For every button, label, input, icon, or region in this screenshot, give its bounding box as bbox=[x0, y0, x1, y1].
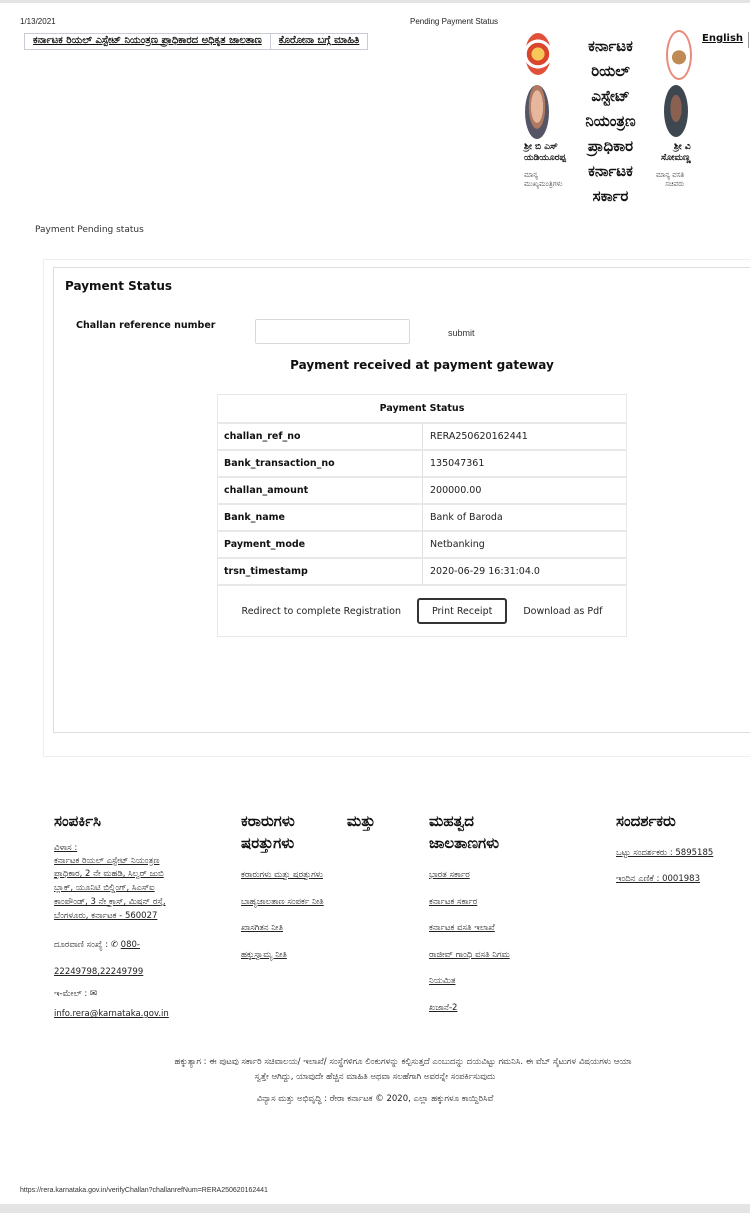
phone-link[interactable]: 080- bbox=[121, 940, 140, 950]
copyright-policy-link[interactable]: ಹಕ್ಕುಸ್ವಾಮ್ಯ ನೀತಿ bbox=[241, 950, 287, 960]
address-line[interactable]: ಪ್ರಾಧಿಕಾರ, 2 ನೇ ಮಹಡಿ, ಸಿಲ್ವರ್ ಜುಬಿ bbox=[54, 869, 164, 879]
left-person-role: ಮಾನ್ಯ ಮುಖ್ಯಮಂತ್ರಿಗಳು bbox=[524, 171, 563, 189]
address-line[interactable]: ಕರ್ನಾಟಕ ರಿಯಲ್ ಎಸ್ಟೇಟ್ ನಿಯಂತ್ರಣ bbox=[54, 856, 159, 866]
redirect-registration-button[interactable]: Redirect to complete Registration bbox=[234, 606, 409, 617]
table-title: Payment Status bbox=[218, 395, 626, 424]
terms-heading-line2: ಷರತ್ತುಗಳು bbox=[241, 832, 294, 854]
download-pdf-button[interactable]: Download as Pdf bbox=[515, 606, 610, 617]
contact-heading: ಸಂಪರ್ಕಿಸಿ bbox=[54, 810, 101, 832]
print-bottom-edge bbox=[0, 1204, 750, 1213]
karnataka-emblem-icon bbox=[525, 33, 551, 75]
table-row: Payment_mode Netbanking bbox=[218, 532, 626, 559]
important-site-link[interactable]: ರಾಜೀವ್ ಗಾಂಧಿ ವಸತಿ ನಿಗಮ bbox=[429, 950, 510, 960]
row-value: 135047361 bbox=[423, 451, 484, 476]
row-value: RERA250620162441 bbox=[423, 424, 528, 449]
privacy-policy-link[interactable]: ಖಾಸಗಿತನ ನೀತಿ bbox=[241, 923, 283, 933]
disclaimer-line2: ಸ್ವತ್ತೇ ಆಗಿದ್ದು, ಯಾವುದೇ ಹೆಚ್ಚಿನ ಮಾಹಿತಿ ಅ… bbox=[0, 1072, 750, 1082]
envelope-icon: ✉ bbox=[90, 989, 97, 999]
email-row: ಇ-ಮೇಲ್ : ✉ bbox=[54, 989, 97, 999]
disclaimer-line1: ಹಕ್ಕುತ್ಯಾಗ : ಈ ಪುಟವು ಸರ್ಕಾರಿ ಸಚಿವಾಲಯ/ ಇಲ… bbox=[28, 1057, 750, 1067]
table-row: Bank_transaction_no 135047361 bbox=[218, 451, 626, 478]
breadcrumb: Payment Pending status bbox=[35, 225, 144, 235]
today-visitors[interactable]: ಇಂದಿನ ಎಣಿಕೆ : 0001983 bbox=[616, 874, 700, 884]
visitors-heading: ಸಂದರ್ಶಕರು bbox=[616, 810, 676, 832]
email-link[interactable]: info.rera@karnataka.gov.in bbox=[54, 1009, 169, 1019]
print-page-title: Pending Payment Status bbox=[410, 17, 498, 26]
important-sites-heading-line2: ಜಾಲತಾಣಗಳು bbox=[429, 832, 499, 854]
chief-minister-photo bbox=[525, 85, 549, 139]
important-site-link[interactable]: ನಿಯಮಿತ bbox=[429, 976, 455, 986]
menu-official-site[interactable]: ಕರ್ನಾಟಕ ರಿಯಲ್ ಎಸ್ಟೇಟ್ ನಿಯಂತ್ರಣ ಪ್ರಾಧಿಕಾರ… bbox=[25, 34, 270, 49]
left-person-name: ಶ್ರೀ ಬಿ ಎಸ್ ಯಡಿಯೂರಪ್ಪ bbox=[524, 142, 566, 164]
table-row: trsn_timestamp 2020-06-29 16:31:04.0 bbox=[218, 559, 626, 586]
challan-reference-input[interactable] bbox=[255, 319, 410, 344]
row-key: Bank_transaction_no bbox=[218, 451, 423, 476]
row-value: 200000.00 bbox=[423, 478, 481, 503]
status-message: Payment received at payment gateway bbox=[217, 358, 627, 372]
phone-numbers-link[interactable]: 22249798,22249799 bbox=[54, 967, 143, 977]
row-key: Payment_mode bbox=[218, 532, 423, 557]
menu-corona-info[interactable]: ಕೊರೋನಾ ಬಗ್ಗೆ ಮಾಹಿತಿ bbox=[270, 34, 368, 49]
table-row: challan_amount 200000.00 bbox=[218, 478, 626, 505]
important-site-link[interactable]: ಕರ್ನಾಟಕ ಸರ್ಕಾರ bbox=[429, 897, 477, 907]
total-visitors[interactable]: ಒಟ್ಟು ಸಂದರ್ಶಕರು : 5895185 bbox=[616, 848, 713, 858]
important-site-link[interactable]: ಕರ್ನಾಟಕ ವಸತಿ ಇಲಾಖೆ bbox=[429, 923, 495, 933]
housing-minister-photo bbox=[664, 85, 688, 137]
divider bbox=[748, 32, 749, 48]
important-sites-heading-line1: ಮಹತ್ವದ bbox=[429, 810, 474, 832]
phone-icon: ✆ bbox=[111, 940, 118, 950]
english-language-link[interactable]: English bbox=[702, 33, 743, 44]
terms-link[interactable]: ಕರಾರುಗಳು ಮತ್ತು ಷರತ್ತುಗಳು bbox=[241, 870, 323, 880]
copyright-text: ವಿನ್ಯಾಸ ಮತ್ತು ಅಭಿವೃದ್ಧಿ : ರೇರಾ ಕರ್ನಾಟಕ ©… bbox=[0, 1094, 750, 1104]
row-key: trsn_timestamp bbox=[218, 559, 423, 584]
external-link-policy-link[interactable]: ಬಾಹ್ಯಜಾಲತಾಣ ಸಂಪರ್ಕ ನೀತಿ bbox=[241, 897, 324, 907]
payment-status-table: Payment Status challan_ref_no RERA250620… bbox=[217, 394, 627, 637]
print-url: https://rera.karnataka.gov.in/verifyChal… bbox=[20, 1187, 268, 1194]
print-top-edge bbox=[0, 0, 750, 3]
row-key: challan_amount bbox=[218, 478, 423, 503]
table-actions: Redirect to complete Registration Print … bbox=[218, 586, 626, 636]
important-site-link[interactable]: ಭಾರತ ಸರ್ಕಾರ bbox=[429, 870, 470, 880]
table-row: Bank_name Bank of Baroda bbox=[218, 505, 626, 532]
row-value: Netbanking bbox=[423, 532, 485, 557]
panel-title: Payment Status bbox=[65, 279, 172, 293]
print-receipt-button[interactable]: Print Receipt bbox=[417, 598, 507, 624]
submit-button[interactable]: submit bbox=[448, 328, 475, 338]
authority-title: ಕರ್ನಾಟಕ ರಿಯಲ್ ಎಸ್ಟೇಟ್ ನಿಯಂತ್ರಣ ಪ್ರಾಧಿಕಾರ… bbox=[563, 34, 658, 209]
address-line[interactable]: ಕಾಂಪೌಂಡ್, 3 ನೇ ಕ್ರಾಸ್, ಮಿಷನ್ ರಸ್ತೆ, bbox=[54, 897, 166, 907]
address-line[interactable]: ಬೆಂಗಳೂರು, ಕರ್ನಾಟಕ - 560027 bbox=[54, 911, 157, 921]
phone-row: ದೂರವಾಣಿ ಸಂಖ್ಯೆ : ✆ 080- bbox=[54, 940, 140, 950]
row-value: 2020-06-29 16:31:04.0 bbox=[423, 559, 540, 584]
challan-label: Challan reference number bbox=[76, 320, 215, 331]
table-row: challan_ref_no RERA250620162441 bbox=[218, 424, 626, 451]
email-label: ಇ-ಮೇಲ್ : bbox=[54, 989, 87, 999]
row-key: Bank_name bbox=[218, 505, 423, 530]
phone-label: ದೂರವಾಣಿ ಸಂಖ್ಯೆ : bbox=[54, 940, 108, 950]
right-person-name: ಶ್ರೀ ವಿ ಸೋಮಣ್ಣ bbox=[661, 142, 691, 164]
row-key: challan_ref_no bbox=[218, 424, 423, 449]
top-menu: ಕರ್ನಾಟಕ ರಿಯಲ್ ಎಸ್ಟೇಟ್ ನಿಯಂತ್ರಣ ಪ್ರಾಧಿಕಾರ… bbox=[24, 33, 368, 50]
address-label-link[interactable]: ವಿಳಾಸ : bbox=[54, 843, 77, 853]
important-site-link[interactable]: ಖಜಾನೆ-2 bbox=[429, 1003, 457, 1013]
right-person-role: ಮಾನ್ಯ ವಸತಿ ಸಚಿವರು bbox=[656, 171, 684, 189]
rera-logo-icon bbox=[666, 30, 692, 80]
address-line[interactable]: ಬ್ಲಾಕ್, ಯೂನಿಟಿ ಬಿಲ್ಡಿಂಗ್, ಸಿಎಸ್ಐ bbox=[54, 883, 155, 893]
print-date: 1/13/2021 bbox=[20, 17, 56, 26]
terms-heading-line1: ಕರಾರುಗಳು ಮತ್ತು bbox=[241, 810, 375, 832]
row-value: Bank of Baroda bbox=[423, 505, 503, 530]
